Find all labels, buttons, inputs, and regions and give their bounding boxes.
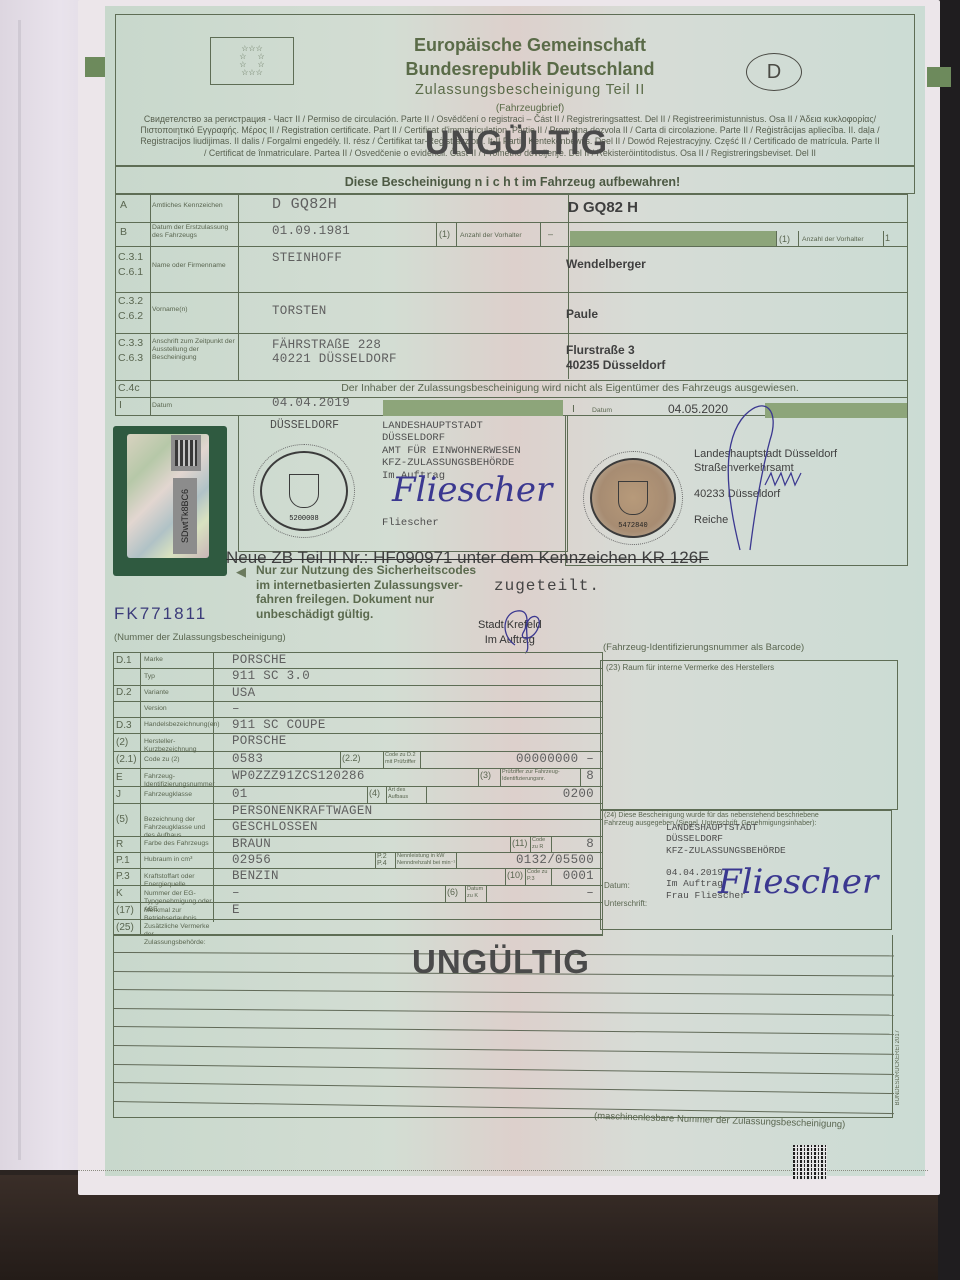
vehicle-subfield-label: Code zu R [532, 837, 551, 850]
vehicle-field-label: Farbe des Fahrzeugs [144, 840, 212, 848]
vehicle-field-value: BENZIN [232, 869, 279, 883]
vehicle-subfield-code: (4) [369, 787, 380, 800]
owner-firstname-old: TORSTEN [272, 304, 327, 318]
vehicle-subfield-code: (3) [480, 769, 491, 782]
prev-owners-code-new: (1) [779, 233, 790, 246]
vehicle-field-label: Bezeichnung der Fahrzeugklasse und des A… [144, 816, 212, 840]
license-plate-old: D GQ82H [272, 196, 337, 213]
vehicle-subfield-value: 0001 [555, 869, 598, 883]
field-code-c4c: C.4c [118, 382, 140, 395]
vehicle-field-value: 911 SC COUPE [232, 718, 326, 732]
notice-keep-out-of-vehicle: Diese Bescheinigung n i c h t im Fahrzeu… [120, 175, 905, 189]
certificate-number: FK771811 [114, 604, 207, 624]
void-stamp-top: UNGÜLTIG [425, 124, 608, 163]
field-label-c31: Name oder Firmenname [152, 262, 236, 270]
vehicle-field-value: BRAUN [232, 837, 271, 851]
vehicle-field-code: (25) [116, 921, 134, 934]
field-label-c32: Vorname(n) [152, 306, 236, 314]
field-code-c32: C.3.2 C.6.2 [118, 294, 143, 324]
certificate-number-caption: (Nummer der Zulassungsbescheinigung) [114, 632, 286, 643]
vehicle-subfield-value: 8 [555, 837, 598, 851]
vehicle-subfield-value: 00000000 – [424, 752, 598, 766]
seal-number-old: 5200008 [289, 515, 318, 523]
field-code-i: I [119, 399, 122, 412]
vehicle-field-label: Kraftstoffart oder Energiequelle [144, 873, 212, 889]
field-label-i: Datum [152, 402, 172, 410]
field-label-i-new: Datum [592, 407, 612, 415]
field-code-b: B [120, 226, 127, 239]
vehicle-field-label: Fahrzeug-Identifizierungsnummer [144, 773, 212, 789]
vin-barcode-caption: (Fahrzeug-Identifizierungsnummer als Bar… [603, 642, 804, 653]
vehicle-field-value: PORSCHE [232, 734, 287, 748]
owner-name-new: Wendelberger [566, 257, 646, 271]
owner-city-old: 40221 DÜSSELDORF [272, 352, 397, 366]
first-registration-date: 01.09.1981 [272, 224, 350, 238]
vehicle-subfield-label: Nennleistung in kW Nenndrehzahl bei min⁻… [397, 853, 456, 866]
prev-owners-value-new: 1 [885, 232, 890, 245]
prev-owners-label-new: Anzahl der Vorhalter [802, 236, 864, 244]
owner-street-old: FÄHRSTRAßE 228 [272, 338, 381, 352]
seal-number-new: 5472840 [618, 522, 647, 530]
prev-owners-value: – [548, 228, 553, 241]
header-eu: Europäische Gemeinschaft [300, 35, 760, 56]
issued-date-label: Datum: [604, 879, 630, 892]
vehicle-subfield-value: 8 [584, 769, 598, 783]
vehicle-field-label: Merkmal zur Betriebserlaubnis [144, 907, 212, 923]
vehicle-field-value: 0583 [232, 752, 263, 766]
field-bar-b-new [570, 231, 776, 246]
issued-signature-label: Unterschrift: [604, 897, 647, 910]
vehicle-field-code: R [116, 838, 123, 851]
security-qr-icon [171, 435, 201, 471]
vehicle-field-value: – [232, 702, 240, 716]
vehicle-field-value: WP0ZZZ91ZCS120286 [232, 769, 365, 783]
vehicle-subfield-label: Code zu D.2 mit Prüfziffer [385, 752, 420, 765]
vehicle-field-code: D.2 [116, 686, 132, 699]
vehicle-field-value: PORSCHE [232, 653, 287, 667]
header-subtitle: (Fahrzeugbrief) [300, 103, 760, 114]
issue-date-old: 04.04.2019 [272, 396, 350, 410]
field-bar-i-old [383, 400, 563, 416]
manufacturer-notes-box [600, 660, 898, 810]
header-doc-title: Zulassungsbescheinigung Teil II [300, 82, 760, 98]
vehicle-subfield-value: 0132/05500 [460, 853, 598, 867]
vehicle-field-value: 911 SC 3.0 [232, 669, 310, 683]
manufacturer-notes-label: (23) Raum für interne Vermerke des Herst… [606, 664, 774, 672]
vehicle-field-code: (5) [116, 813, 128, 826]
vehicle-field-value: 02956 [232, 853, 271, 867]
field-code-c31: C.3.1 C.6.1 [118, 250, 143, 280]
vehicle-field-label: Handelsbezeichnung(en) [144, 721, 212, 729]
vehicle-field-label: Version [144, 705, 212, 713]
void-stamp-bottom: UNGÜLTIG [412, 943, 590, 981]
vehicle-field-label: Marke [144, 656, 212, 664]
signature-fliescher-2: Fliescher [718, 862, 878, 902]
vehicle-subfield-code: (10) [507, 869, 523, 882]
owner-firstname-new: Paule [566, 307, 598, 321]
vehicle-field-code: (17) [116, 904, 134, 917]
prev-owners-label: Anzahl der Vorhalter [460, 232, 522, 240]
assigned-text: zugeteilt. [494, 577, 600, 595]
vehicle-field-code: J [116, 788, 121, 801]
vehicle-field-value: E [232, 903, 240, 917]
vehicle-field-code: (2) [116, 736, 128, 749]
vehicle-field-value: – [232, 886, 240, 900]
field-label-a: Amtliches Kennzeichen [152, 202, 236, 210]
official-seal-new: 5472840 [590, 458, 676, 538]
owner-disclaimer: Der Inhaber der Zulassungsbescheinigung … [240, 382, 900, 395]
vehicle-field-label: Fahrzeugklasse [144, 791, 212, 799]
vehicle-field-code: K [116, 887, 123, 900]
authority-signer: Fliescher [382, 517, 439, 529]
field-label-b: Datum der Erstzulassung des Fahrzeugs [152, 224, 236, 240]
datamatrix-code-icon [793, 1145, 827, 1179]
owner-city-new: 40235 Düsseldorf [566, 358, 665, 372]
eu-flag-icon: ☆☆☆☆ ☆☆ ☆☆☆☆ [210, 37, 294, 85]
country-code-badge: D [746, 53, 802, 91]
vehicle-subfield-label: Datum zu K [467, 886, 486, 899]
header-country: Bundesrepublik Deutschland [300, 59, 760, 80]
vehicle-subfield-code: P.2 P.4 [377, 853, 387, 867]
vehicle-field-label: Hersteller-Kurzbezeichnung [144, 738, 212, 754]
security-hologram: SDwtTk8BC6 [113, 426, 227, 576]
vehicle-field-value: 01 [232, 787, 248, 801]
vehicle-field-label: Hubraum in cm³ [144, 856, 212, 864]
vehicle-field-label: Variante [144, 689, 212, 697]
vehicle-field-code: P.1 [116, 854, 130, 867]
printer-mark: BUNDESDRUCKEREI 2017 [895, 1030, 901, 1105]
vehicle-field-code: D.3 [116, 719, 132, 732]
signature-reiche [720, 400, 820, 560]
vehicle-field-code: D.1 [116, 654, 132, 667]
vehicle-field-value: PERSONENKRAFTWAGEN [232, 804, 372, 818]
authority-city: DÜSSELDORF [270, 420, 339, 432]
vehicle-field-value: USA [232, 686, 255, 700]
green-marker-right [927, 67, 951, 87]
vehicle-subfield-value: 0200 [430, 787, 598, 801]
vehicle-subfield-label: Code zu P.3 [527, 869, 551, 882]
official-seal-old: 5200008 [260, 451, 348, 531]
security-code-note: Nur zur Nutzung des Sicherheitscodes im … [256, 563, 476, 621]
arrow-left-icon: ◀ [236, 564, 246, 580]
vehicle-field-code: P.3 [116, 870, 130, 883]
vehicle-field-code: E [116, 771, 123, 784]
vehicle-subfield-label: Prüfziffer zur Fahrzeug-Identifizierungs… [502, 769, 580, 782]
owner-name-old: STEINHOFF [272, 251, 342, 265]
security-code: SDwtTk8BC6 [173, 478, 197, 554]
vehicle-field-code: (2.1) [116, 753, 137, 766]
signature-fliescher: Fliescher [392, 470, 552, 510]
field-code-c33: C.3.3 C.6.3 [118, 336, 143, 366]
background-dark-edge [938, 0, 960, 1280]
field-code-i-new: I [572, 403, 575, 416]
vehicle-field-label: Typ [144, 673, 212, 681]
vehicle-subfield-code: (6) [447, 886, 458, 899]
vehicle-field-value: GESCHLOSSEN [232, 820, 318, 834]
owner-street-new: Flurstraße 3 [566, 343, 635, 357]
field-label-c33: Anschrift zum Zeitpunkt der Ausstellung … [152, 338, 236, 362]
field-code-a: A [120, 199, 127, 212]
green-marker-left [85, 57, 105, 77]
vehicle-field-label: Code zu (2) [144, 756, 212, 764]
vehicle-subfield-code: (2.2) [342, 752, 361, 765]
signature-krefeld [495, 605, 555, 655]
vehicle-subfield-value: – [490, 886, 598, 900]
license-plate-new: D GQ82 H [568, 199, 638, 216]
vehicle-subfield-label: Art des Aufbaus [388, 787, 426, 800]
vehicle-subfield-code: (11) [512, 837, 527, 850]
prev-owners-code: (1) [439, 228, 450, 241]
